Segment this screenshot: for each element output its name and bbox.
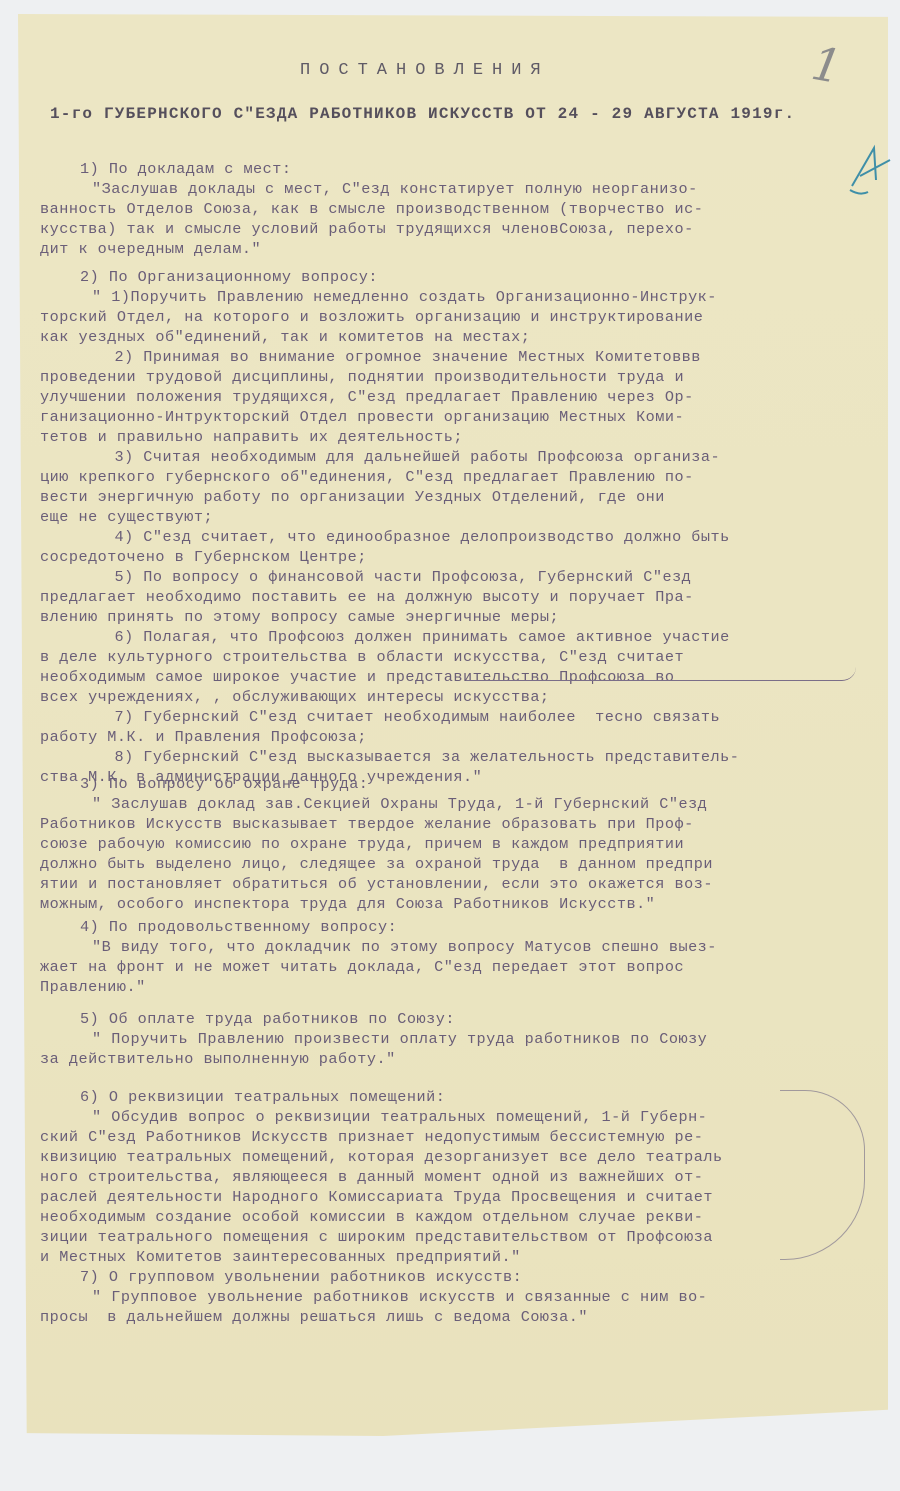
document-subtitle: 1-го ГУБЕРНСКОГО С"ЕЗДА РАБОТНИКОВ ИСКУС… — [50, 105, 795, 123]
resolution-section-2: 2) По Организационному вопросу: " 1)Пору… — [40, 268, 860, 754]
section-line: 5) По вопросу о финансовой части Профсою… — [76, 568, 691, 586]
section-line: " Заслушав доклад зав.Секцией Охраны Тру… — [92, 795, 707, 813]
section-line: ятии и постановляет обратиться об устано… — [40, 875, 713, 893]
section-line: "В виду того, что докладчик по этому воп… — [92, 938, 717, 956]
section-line: ванность Отделов Союза, как в смысле про… — [40, 200, 703, 218]
section-line: " 1)Поручить Правлению немедленно создат… — [92, 288, 717, 306]
section-line: работу М.К. и Правления Профсоюза; — [40, 728, 367, 746]
section-line: как уездных об"единений, так и комитетов… — [40, 328, 530, 346]
resolution-section-3: 3) По вопросу об охране труда: " Заслуша… — [40, 775, 860, 919]
section-line: квизицию театральных помещений, которая … — [40, 1148, 723, 1166]
resolution-section-5: 5) Об оплате труда работников по Союзу: … — [40, 1010, 860, 1082]
section-line: жает на фронт и не может читать доклада,… — [40, 958, 684, 976]
section-line: раслей деятельности Народного Комиссариа… — [40, 1188, 713, 1206]
section-line: союзе рабочую комиссию по охране труда, … — [40, 835, 684, 853]
section-heading: 6) О реквизиции театральных помещений: — [80, 1088, 445, 1106]
section-line: еще не существуют; — [40, 508, 213, 526]
section-line: сосредоточено в Губернском Центре; — [40, 548, 367, 566]
section-line: улучшении положения трудящихся, С"езд пр… — [40, 388, 694, 406]
section-line: тетов и правильно направить их деятельно… — [40, 428, 463, 446]
section-line: цию крепкого губернского об"единения, С"… — [40, 468, 694, 486]
resolution-section-4: 4) По продовольственному вопросу: "В вид… — [40, 918, 860, 1008]
section-line: 3) Считая необходимым для дальнейшей раб… — [76, 448, 720, 466]
section-line: вести энергичную работу по организации У… — [40, 488, 665, 506]
section-line: Работников Искусств высказывает твердое … — [40, 815, 694, 833]
section-line: " Поручить Правлению произвести оплату т… — [92, 1030, 707, 1048]
section-line: кусства) так и смысле условий работы тру… — [40, 220, 694, 238]
section-line: Правлению." — [40, 978, 146, 996]
section-line: можным, особого инспектора труда для Сою… — [40, 895, 655, 913]
section-line: " Обсудив вопрос о реквизиции театральны… — [92, 1108, 707, 1126]
section-heading: 5) Об оплате труда работников по Союзу: — [80, 1010, 455, 1028]
section-line: "Заслушав доклады с мест, С"езд констати… — [92, 180, 698, 198]
section-line: всех учреждениях, , обслуживающих интере… — [40, 688, 550, 706]
section-line: ский С"езд Работников Искусств признает … — [40, 1128, 703, 1146]
section-line: просы в дальнейшем должны решаться лишь … — [40, 1308, 588, 1326]
section-heading: 4) По продовольственному вопросу: — [80, 918, 397, 936]
resolution-section-1: 1) По докладам с мест: "Заслушав доклады… — [40, 160, 860, 268]
section-line: 8) Губернский С"езд высказывается за жел… — [76, 748, 739, 766]
section-line: проведении трудовой дисциплины, поднятии… — [40, 368, 684, 386]
section-heading: 7) О групповом увольнении работников иск… — [80, 1268, 522, 1286]
section-line: дит к очередным делам." — [40, 240, 261, 258]
section-line: торский Отдел, на которого и возложить о… — [40, 308, 703, 326]
section-heading: 3) По вопросу об охране труда: — [80, 775, 368, 793]
resolution-section-7: 7) О групповом увольнении работников иск… — [40, 1268, 860, 1340]
section-line: ганизационно-Интрукторский Отдел провест… — [40, 408, 684, 426]
section-line: и Местных Комитетов заинтересованных пре… — [40, 1248, 521, 1266]
section-line: 4) С"езд считает, что единообразное дело… — [76, 528, 730, 546]
document-title: ПОСТАНОВЛЕНИЯ — [300, 61, 550, 80]
section-line: 7) Губернский С"езд считает необходимым … — [76, 708, 720, 726]
section-line: 6) Полагая, что Профсоюз должен принимат… — [76, 628, 730, 646]
section-line: 2) Принимая во внимание огромное значени… — [76, 348, 701, 366]
section-line: должно быть выделено лицо, следящее за о… — [40, 855, 713, 873]
section-line: зиции театрального помещения с широким п… — [40, 1228, 713, 1246]
section-line: необходимым создание особой комиссии в к… — [40, 1208, 703, 1226]
section-line: ного строительства, являющееся в данный … — [40, 1168, 703, 1186]
resolution-section-6: 6) О реквизиции театральных помещений: "… — [40, 1088, 860, 1268]
section-line: влению принять по этому вопросу самые эн… — [40, 608, 559, 626]
section-line: " Групповое увольнение работников искусс… — [92, 1288, 707, 1306]
handwritten-underline — [466, 664, 856, 681]
section-line: за действительно выполненную работу." — [40, 1050, 396, 1068]
section-heading: 2) По Организационному вопросу: — [80, 268, 378, 286]
section-line: предлагает необходимо поставить ее на до… — [40, 588, 694, 606]
section-heading: 1) По докладам с мест: — [80, 160, 292, 178]
